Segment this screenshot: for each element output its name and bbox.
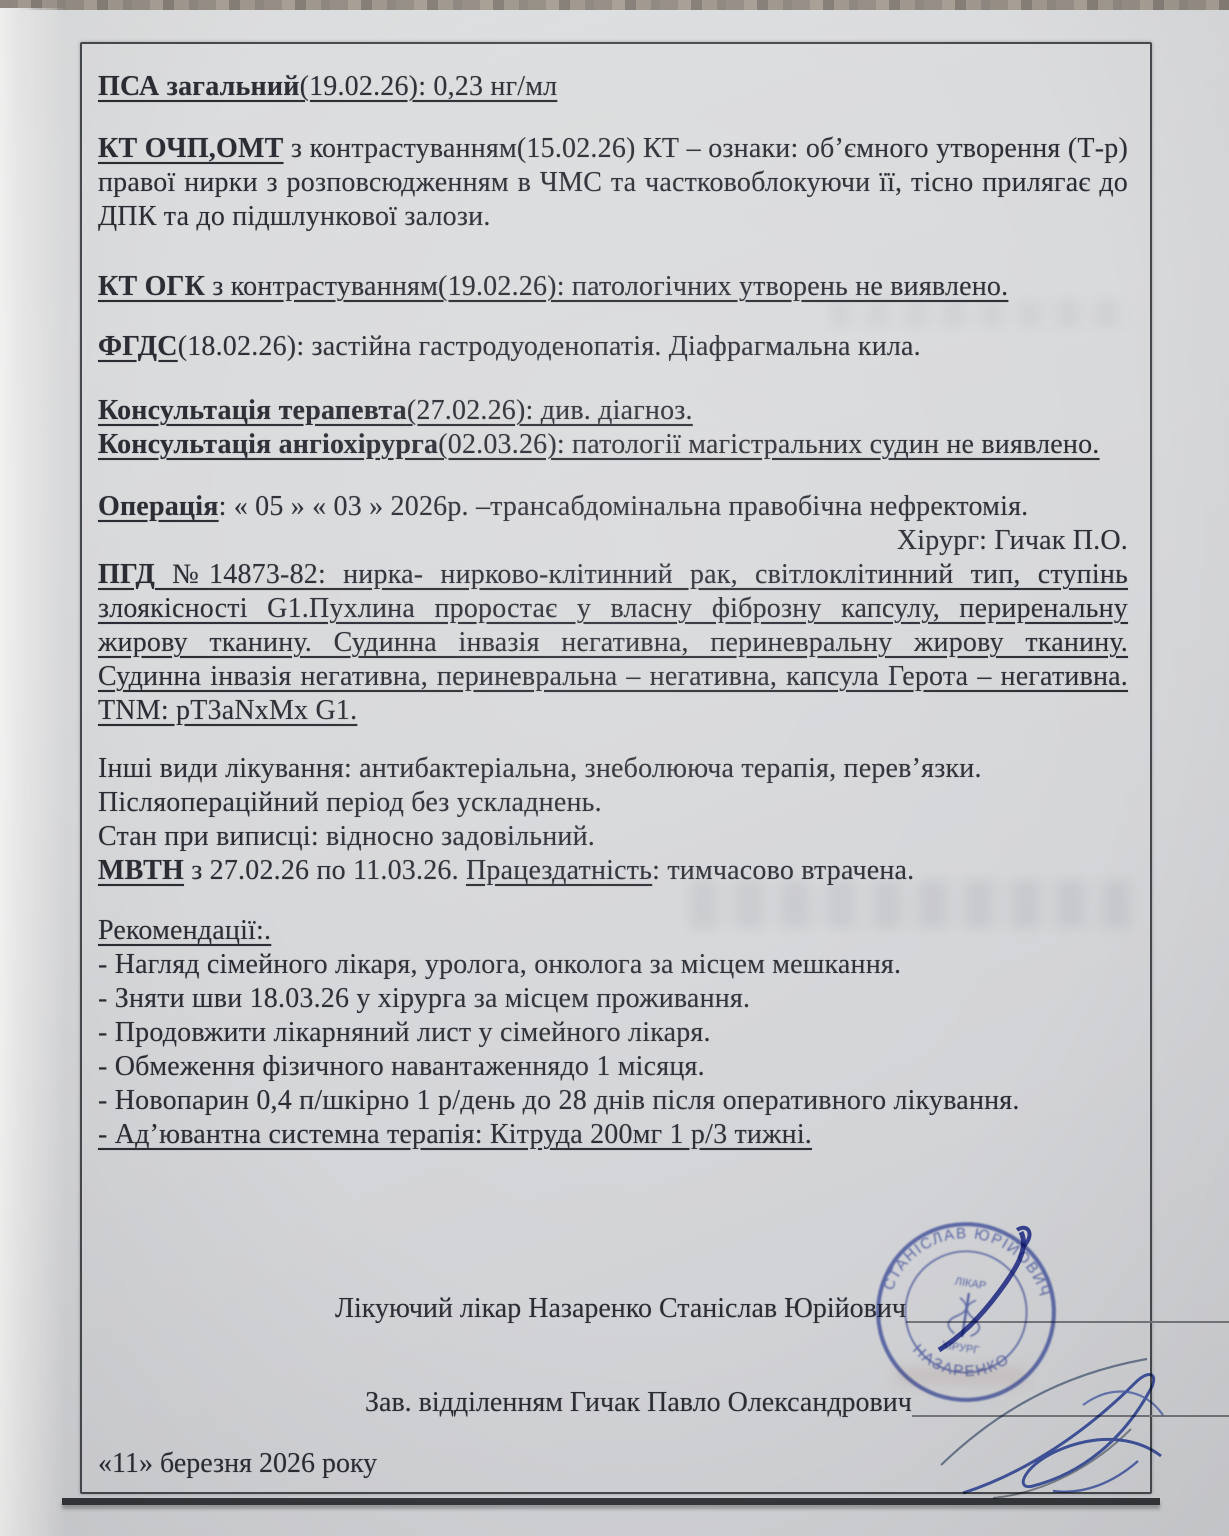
line-mvtn: МВТН з 27.02.26 по 11.03.26. Працездатні… <box>98 854 1128 888</box>
text-span: - Продовжити лікарняний лист у сімейного… <box>98 1017 711 1048</box>
line-cons-terapevt: Консультація терапевта(27.02.26): див. д… <box>98 394 1128 428</box>
text-span: Працездатність <box>466 855 652 886</box>
line-rec-5: - Новопарин 0,4 п/шкірно 1 р/день до 28 … <box>98 1084 1128 1118</box>
scanned-discharge-document: ПСА загальний(19.02.26): 0,23 нг/млКТ ОЧ… <box>0 0 1229 1536</box>
text-span: Консультація ангіохірурга <box>98 429 438 460</box>
line-state-discharge: Стан при виписці: відносно задовільний. <box>98 820 1128 854</box>
text-span: - Новопарин 0,4 п/шкірно 1 р/день до 28 … <box>98 1085 1020 1116</box>
text-span: - Обмеження фізичного навантаженнядо 1 м… <box>98 1051 705 1082</box>
document-date: «11» березня 2026 року <box>98 1448 377 1480</box>
line-other-treatment: Інші види лікування: антибактеріальна, з… <box>98 752 1128 786</box>
line-rec-1: - Нагляд сімейного лікаря, уролога, онко… <box>98 948 1128 982</box>
photo-top-edge-texture <box>0 0 1229 10</box>
line-rec-2: - Зняти шви 18.03.26 у хірурга за місцем… <box>98 982 1128 1016</box>
line-rec-title: Рекомендації:. <box>98 914 1128 948</box>
text-span: ФГДС <box>98 331 178 362</box>
text-span: МВТН <box>98 855 184 886</box>
line-rec-6: - Ад’ювантна системна терапія: Кітруда 2… <box>98 1118 1128 1152</box>
text-span: Інші види лікування: антибактеріальна, з… <box>98 753 982 784</box>
text-span: (02.03.26): патології магістральних суди… <box>438 429 1099 460</box>
text-span: (27.02.26): див. діагноз. <box>407 395 693 426</box>
text-span: КТ ОЧП,ОМТ <box>98 133 284 164</box>
line-fgds: ФГДС(18.02.26): застійна гастродуоденопа… <box>98 330 1128 364</box>
text-span: Стан при виписці: відносно задовільний. <box>98 821 595 852</box>
attending-doctor-label: Лікуючий лікар Назаренко Станіслав Юрійо… <box>335 1290 906 1328</box>
text-span: КТ ОГК <box>98 271 205 302</box>
text-span: Хірург: Гичак П.О. <box>897 525 1128 556</box>
line-rec-4: - Обмеження фізичного навантаженнядо 1 м… <box>98 1050 1128 1084</box>
line-surgeon: Хірург: Гичак П.О. <box>98 524 1128 558</box>
text-span: ПГД <box>98 559 155 590</box>
text-span: Післяопераційний період без ускладнень. <box>98 787 602 818</box>
line-kt-ochp: КТ ОЧП,ОМТ з контрастуванням(15.02.26) К… <box>98 132 1128 234</box>
text-span: Консультація терапевта <box>98 395 407 426</box>
document-body: ПСА загальний(19.02.26): 0,23 нг/млКТ ОЧ… <box>98 70 1128 1152</box>
text-span: з 27.02.26 по 11.03.26. <box>184 855 466 886</box>
head-of-department-label: Зав. відділенням Гичак Павло Олександров… <box>365 1384 912 1422</box>
line-cons-angio: Консультація ангіохірурга(02.03.26): пат… <box>98 428 1128 462</box>
text-span: - Зняти шви 18.03.26 у хірурга за місцем… <box>98 983 750 1014</box>
line-pgd: ПГД №14873-82: нирка- нирково-клітинний … <box>98 558 1128 728</box>
line-psa: ПСА загальний(19.02.26): 0,23 нг/мл <box>98 70 1128 104</box>
text-span: : « 05 » « 03 » 2026р. –трансабдомінальн… <box>219 491 1029 522</box>
text-span: Рекомендації:. <box>98 915 271 946</box>
text-span: Операція <box>98 491 219 522</box>
attending-signature-pen-stroke <box>870 1216 1062 1408</box>
line-rec-3: - Продовжити лікарняний лист у сімейного… <box>98 1016 1128 1050</box>
line-operation: Операція: « 05 » « 03 » 2026р. –трансабд… <box>98 490 1128 524</box>
text-span: - Ад’ювантна системна терапія: Кітруда 2… <box>98 1119 812 1150</box>
text-span: : тимчасово втрачена. <box>652 855 914 886</box>
text-span: з контрастуванням(19.02.26): патологічни… <box>205 271 1008 302</box>
line-postop: Післяопераційний період без ускладнень. <box>98 786 1128 820</box>
text-span: №14873-82: нирка- нирково-клітинний рак,… <box>98 559 1128 726</box>
photo-left-edge <box>0 8 66 1536</box>
line-kt-ogk: КТ ОГК з контрастуванням(19.02.26): пато… <box>98 270 1128 304</box>
text-span: (19.02.26): 0,23 нг/мл <box>300 71 558 102</box>
text-span: ПСА загальний <box>98 71 300 102</box>
text-span: - Нагляд сімейного лікаря, уролога, онко… <box>98 949 901 980</box>
text-span: (18.02.26): застійна гастродуоденопатія.… <box>178 331 921 362</box>
